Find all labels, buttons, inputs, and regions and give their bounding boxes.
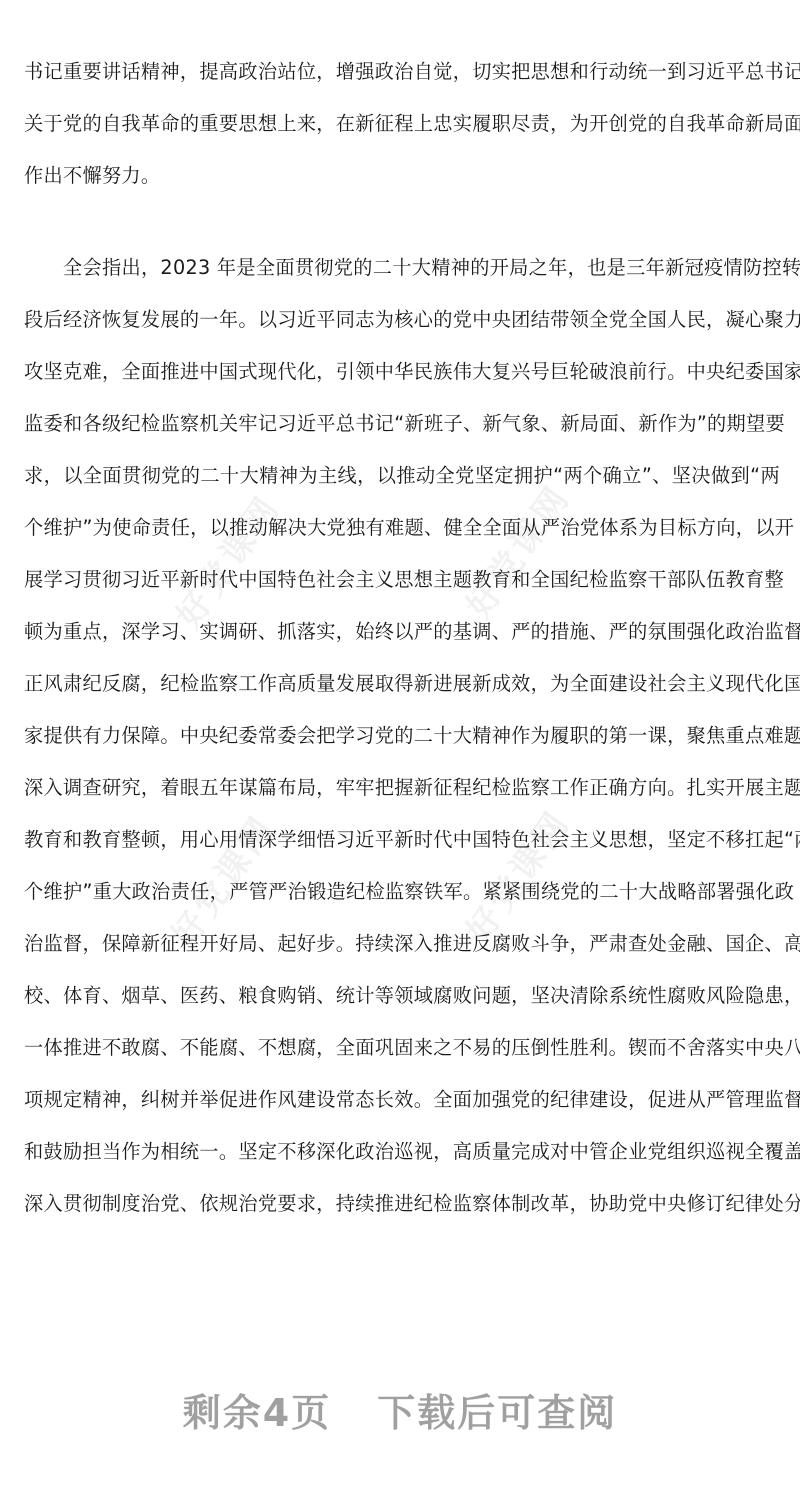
paragraph-line: 段后经济恢复发展的一年。以习近平同志为核心的党中央团结带领全党全国人民，凝心聚力…	[24, 306, 780, 334]
watermark: 好党课网	[452, 473, 579, 626]
paragraph-line: 监委和各级纪检监察机关牢记习近平总书记“新班子、新气象、新局面、新作为”的期望要	[24, 410, 780, 438]
paragraph-line: 个维护”重大政治责任，严管严治锻造纪检监察铁军。紧紧围绕党的二十大战略部署强化政	[24, 878, 780, 906]
paragraph-line: 治监督，保障新征程开好局、起好步。持续深入推进反腐败斗争，严肃查处金融、国企、高	[24, 930, 780, 958]
paragraph-line: 项规定精神，纠树并举促进作风建设常态长效。全面加强党的纪律建设，促进从严管理监督	[24, 1086, 780, 1114]
download-hint-label[interactable]: 下载后可查阅	[377, 1391, 617, 1435]
paragraph-line: 深入调查研究，着眼五年谋篇布局，牢牢把握新征程纪检监察工作正确方向。扎实开展主题	[24, 774, 780, 802]
paragraph-line: 展学习贯彻习近平新时代中国特色社会主义思想主题教育和全国纪检监察干部队伍教育整	[24, 566, 780, 594]
document-page: 好党课网 好党课网 好党课网 好党课网 书记重要讲话精神，提高政治站位，增强政治…	[0, 0, 800, 1489]
paragraph-line: 攻坚克难，全面推进中国式现代化，引领中华民族伟大复兴号巨轮破浪前行。中央纪委国家	[24, 358, 780, 386]
paragraph-line: 教育和教育整顿，用心用情深学细悟习近平新时代中国特色社会主义思想，坚定不移扛起“…	[24, 826, 780, 854]
paragraph-line: 个维护”为使命责任，以推动解决大党独有难题、健全全面从严治党体系为目标方向，以开	[24, 514, 780, 542]
paragraph-line: 求，以全面贯彻党的二十大精神为主线，以推动全党坚定拥护“两个确立”、坚决做到“两	[24, 462, 780, 490]
paragraph-line: 一体推进不敢腐、不能腐、不想腐，全面巩固来之不易的压倒性胜利。锲而不舍落实中央八	[24, 1034, 780, 1062]
watermark: 好党课网	[162, 483, 289, 636]
paragraph-line: 家提供有力保障。中央纪委常委会把学习党的二十大精神作为履职的第一课，聚焦重点难题	[24, 722, 780, 750]
paragraph-line: 全会指出，2023 年是全面贯彻党的二十大精神的开局之年，也是三年新冠疫情防控转	[63, 254, 780, 282]
paragraph-line: 和鼓励担当作为相统一。坚定不移深化政治巡视，高质量完成对中管企业党组织巡视全覆盖…	[24, 1138, 780, 1166]
paragraph-line: 书记重要讲话精神，提高政治站位，增强政治自觉，切实把思想和行动统一到习近平总书记	[24, 58, 780, 86]
download-prompt-banner[interactable]: 剩余4页下载后可查阅	[0, 1388, 800, 1438]
paragraph-line: 深入贯彻制度治党、依规治党要求，持续推进纪检监察体制改革，协助党中央修订纪律处分	[24, 1190, 780, 1218]
paragraph-line: 关于党的自我革命的重要思想上来，在新征程上忠实履职尽责，为开创党的自我革命新局面	[24, 110, 780, 138]
paragraph-line: 顿为重点，深学习、实调研、抓落实，始终以严的基调、严的措施、严的氛围强化政治监督…	[24, 618, 780, 646]
paragraph-line	[24, 1242, 780, 1270]
remaining-pages-label: 剩余4页	[183, 1391, 331, 1435]
paragraph-line: 正风肃纪反腐，纪检监察工作高质量发展取得新进展新成效，为全面建设社会主义现代化国	[24, 670, 780, 698]
paragraph-line: 校、体育、烟草、医药、粮食购销、统计等领域腐败问题，坚决清除系统性腐败风险隐患，	[24, 982, 780, 1010]
watermark: 好党课网	[452, 798, 579, 951]
paragraph-line: 作出不懈努力。	[24, 162, 780, 190]
